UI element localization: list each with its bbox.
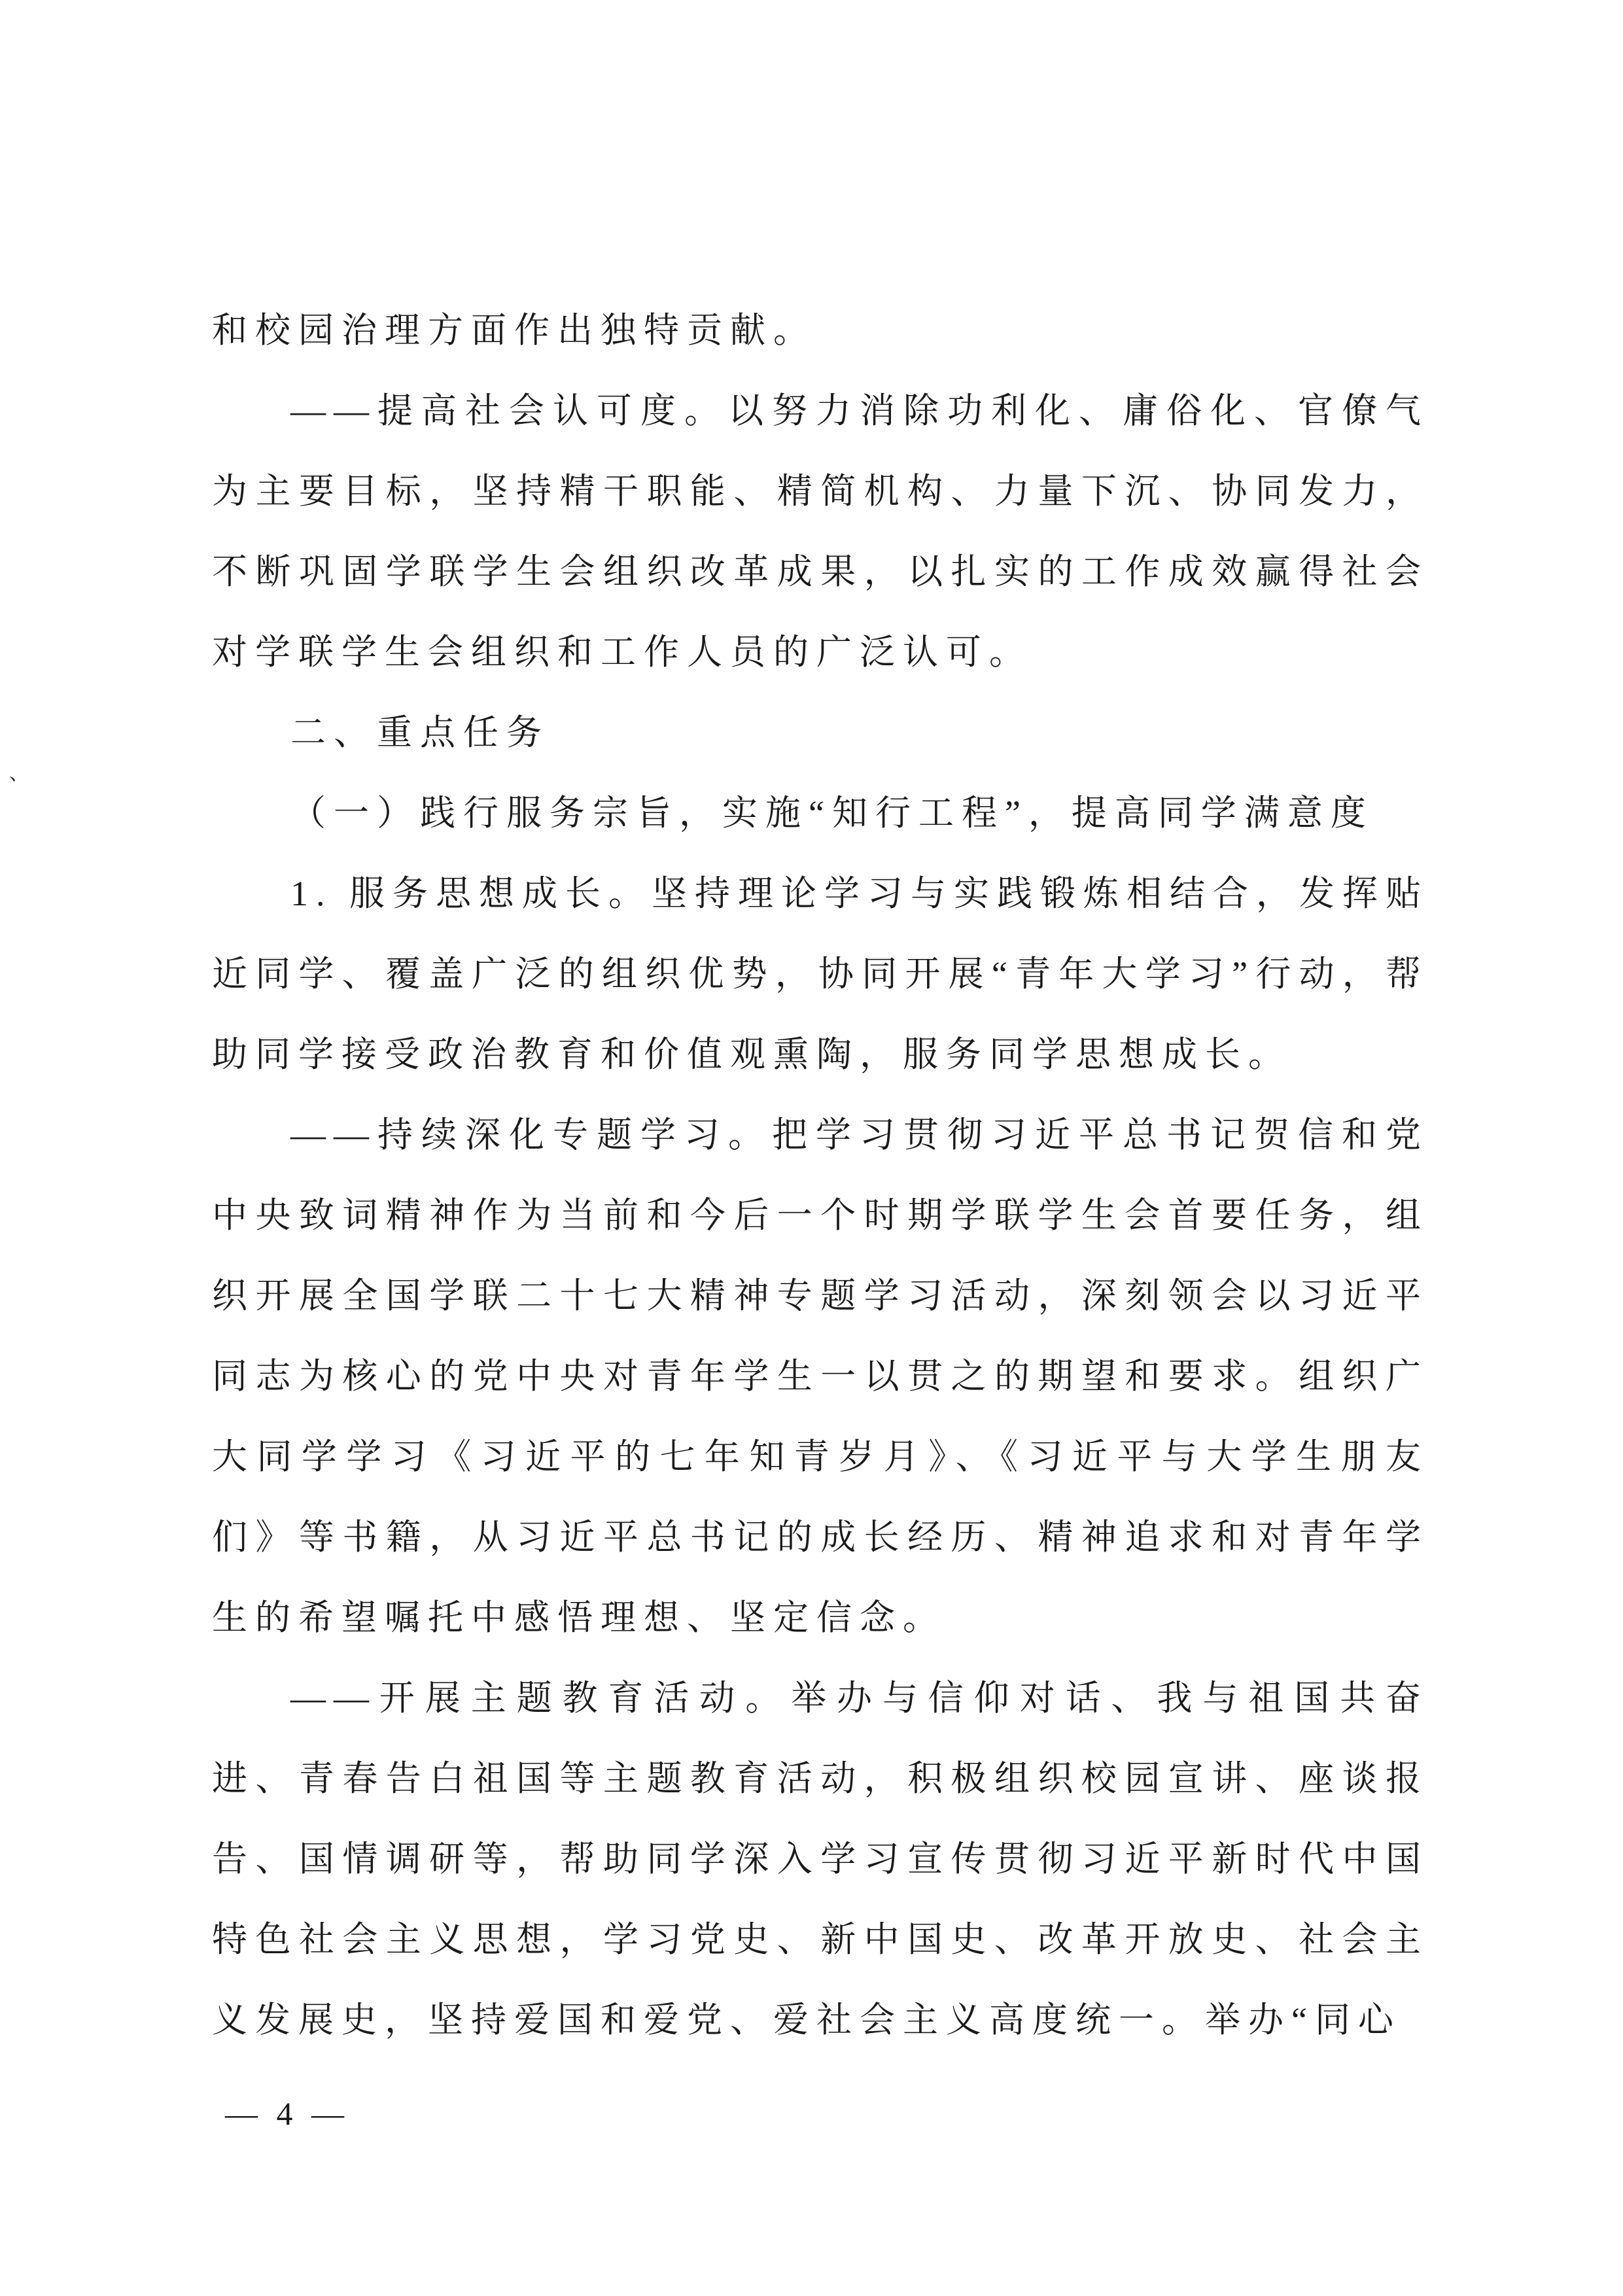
section-heading-key-tasks: 二、重点任务 bbox=[212, 693, 1429, 773]
paragraph-body-themed-education-activities: ——开展主题教育活动。举办与信仰对话、我与祖国共奋进、青春告白祖国等主题教育活动… bbox=[212, 1658, 1429, 2061]
paragraph-continuation: 和校园治理方面作出独特贡献。 bbox=[212, 290, 1429, 371]
subsection-heading-service-purpose: （一）践行服务宗旨，实施“知行工程”，提高同学满意度 bbox=[212, 773, 1429, 854]
paragraph-body-serve-thought-growth: 1. 服务思想成长。坚持理论学习与实践锻炼相结合，发挥贴近同学、覆盖广泛的组织优… bbox=[212, 854, 1429, 1095]
document-page: 、 和校园治理方面作出独特贡献。 ——提高社会认可度。以努力消除功利化、庸俗化、… bbox=[0, 0, 1623, 2296]
body-text-block: 和校园治理方面作出独特贡献。 ——提高社会认可度。以努力消除功利化、庸俗化、官僚… bbox=[212, 290, 1429, 2061]
paragraph-body-deepen-thematic-study: ——持续深化专题学习。把学习贯彻习近平总书记贺信和党中央致词精神作为当前和今后一… bbox=[212, 1095, 1429, 1658]
page-number: — 4 — bbox=[225, 2091, 349, 2136]
stray-ink-mark: 、 bbox=[9, 764, 29, 784]
paragraph-body-social-recognition: ——提高社会认可度。以努力消除功利化、庸俗化、官僚气为主要目标，坚持精干职能、精… bbox=[212, 371, 1429, 693]
